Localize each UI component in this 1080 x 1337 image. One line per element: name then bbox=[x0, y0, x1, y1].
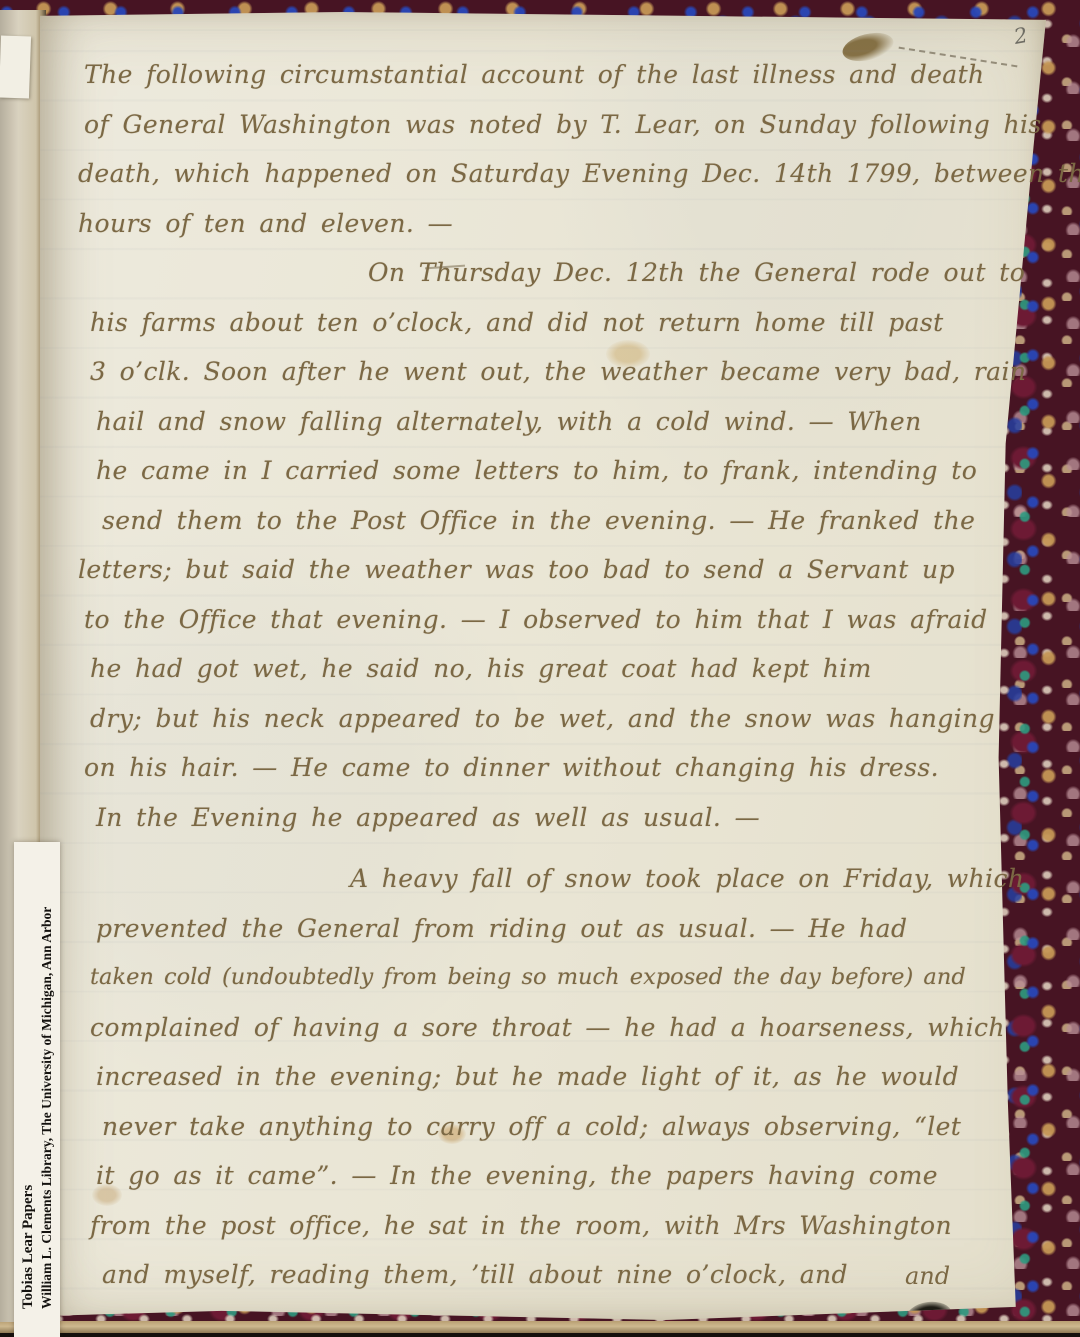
catchword: and bbox=[905, 1262, 950, 1290]
manuscript-line: In the Evening he appeared as well as us… bbox=[78, 793, 1030, 843]
manuscript-line: of General Washington was noted by T. Le… bbox=[78, 100, 1030, 150]
manuscript-line: he had got wet, he said no, his great co… bbox=[78, 644, 1030, 694]
manuscript-line: complained of having a sore throat — he … bbox=[78, 1003, 1030, 1053]
manuscript-scan: { "page_number": "2", "stamp_label": { "… bbox=[0, 0, 1080, 1337]
manuscript-line: he came in I carried some letters to him… bbox=[78, 446, 1030, 496]
archive-label: Tobias Lear Papers William L. Clements L… bbox=[14, 842, 60, 1337]
manuscript-line: from the post office, he sat in the room… bbox=[78, 1201, 1030, 1251]
manuscript-line: 3 o’clk. Soon after he went out, the wea… bbox=[78, 347, 1030, 397]
manuscript-line: to the Office that evening. — I observed… bbox=[78, 595, 1030, 645]
manuscript-line: taken cold (undoubtedly from being so mu… bbox=[78, 953, 1030, 1003]
manuscript-line: dry; but his neck appeared to be wet, an… bbox=[78, 694, 1030, 744]
manuscript-line: A heavy fall of snow took place on Frida… bbox=[78, 854, 1030, 904]
manuscript-line: his farms about ten o’clock, and did not… bbox=[78, 298, 1030, 348]
manuscript-line: never take anything to carry off a cold;… bbox=[78, 1102, 1030, 1152]
manuscript-text: The following circumstantial account of … bbox=[78, 50, 1030, 1300]
manuscript-line: hail and snow falling alternately, with … bbox=[78, 397, 1030, 447]
manuscript-line: on his hair. — He came to dinner without… bbox=[78, 743, 1030, 793]
manuscript-line: On Thursday Dec. 12th the General rode o… bbox=[78, 248, 1030, 298]
archive-label-collection: Tobias Lear Papers bbox=[20, 842, 37, 1309]
manuscript-line: prevented the General from riding out as… bbox=[78, 904, 1030, 954]
board-edge-strip bbox=[0, 1321, 1080, 1333]
archive-label-institution: William L. Clements Library, The Univers… bbox=[39, 842, 55, 1309]
manuscript-line: The following circumstantial account of … bbox=[78, 50, 1030, 100]
manuscript-line: letters; but said the weather was too ba… bbox=[78, 545, 1030, 595]
manuscript-line: death, which happened on Saturday Evenin… bbox=[78, 149, 1030, 199]
manuscript-line: send them to the Post Office in the even… bbox=[78, 496, 1030, 546]
scan-bottom-edge bbox=[0, 1333, 1080, 1337]
manuscript-line: it go as it came”. — In the evening, the… bbox=[78, 1151, 1030, 1201]
manuscript-line: increased in the evening; but he made li… bbox=[78, 1052, 1030, 1102]
underleaf-corner bbox=[0, 35, 31, 98]
manuscript-line: and myself, reading them, ’till about ni… bbox=[78, 1250, 1030, 1300]
manuscript-line: hours of ten and eleven. — bbox=[78, 199, 1030, 249]
